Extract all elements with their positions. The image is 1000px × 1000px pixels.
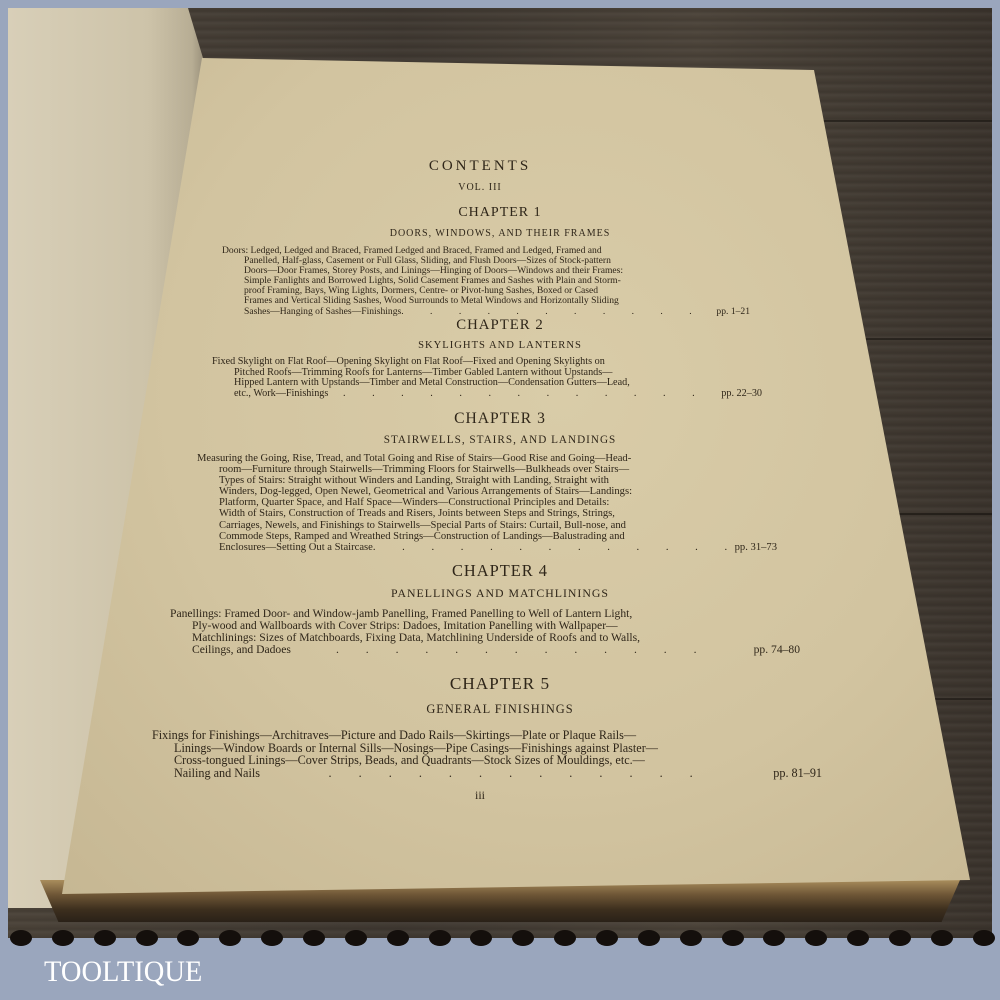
summary-line-text: Enclosures—Setting Out a Staircase [219,542,373,553]
leader-dots: . . . . . . . . . . . . . [373,542,735,553]
summary-line: Ceilings, and Dadoes. . . . . . . . . . … [170,644,800,656]
summary-line: Platform, Quarter Space, and Half Space—… [197,497,777,508]
leader-dots: . . . . . . . . . . . . . [328,389,721,400]
summary-line: Commode Steps, Ramped and Wreathed Strin… [197,531,777,542]
chapter-page-range: pp. 74–80 [754,644,800,656]
summary-line-text: Sashes—Hanging of Sashes—Finishings [244,307,401,317]
perforation-hole [596,930,618,946]
film-perforations [10,930,995,950]
perforation-hole [805,930,827,946]
perforation-hole [931,930,953,946]
perforation-hole [470,930,492,946]
summary-line: Sashes—Hanging of Sashes—Finishings. . .… [222,307,750,317]
chapter-title: PANELLINGS AND MATCHLININGS [0,586,1000,601]
summary-line: Types of Stairs: Straight without Winder… [197,475,777,486]
perforation-hole [973,930,995,946]
chapter-label: CHAPTER 2 [0,317,1000,334]
page-text: CONTENTS VOL. III CHAPTER 1DOORS, WINDOW… [0,0,1000,1000]
volume-label: VOL. III [430,182,530,193]
perforation-hole [136,930,158,946]
perforation-hole [10,930,32,946]
summary-line: room—Furniture through Stairwells—Trimmi… [197,464,777,475]
contents-heading: CONTENTS [380,158,580,175]
summary-line-text: Nailing and Nails [174,767,260,780]
chapter-page-range: pp. 22–30 [721,389,762,400]
chapter-page-range: pp. 31–73 [735,542,777,553]
chapter-label: CHAPTER 4 [0,561,1000,581]
summary-line-text: Ceilings, and Dadoes [192,644,291,656]
brand-watermark: TOOLTIQUE [44,955,202,989]
perforation-hole [889,930,911,946]
summary-line: Measuring the Going, Rise, Tread, and To… [197,453,777,464]
perforation-hole [261,930,283,946]
chapter-page-range: pp. 1–21 [716,307,750,317]
perforation-hole [303,930,325,946]
chapter-label: CHAPTER 1 [0,205,1000,221]
summary-line-text: etc., Work—Finishings [234,389,328,400]
perforation-hole [722,930,744,946]
summary-line: etc., Work—Finishings. . . . . . . . . .… [212,389,762,400]
perforation-hole [387,930,409,946]
chapter-label: CHAPTER 3 [0,410,1000,428]
perforation-hole [847,930,869,946]
chapter-title: SKYLIGHTS AND LANTERNS [0,340,1000,351]
perforation-hole [638,930,660,946]
summary-line: Fixings for Finishings—Architraves—Pictu… [152,729,822,742]
chapter-summary: Measuring the Going, Rise, Tread, and To… [197,453,777,553]
summary-line: Width of Stairs, Construction of Treads … [197,508,777,519]
summary-line: Nailing and Nails. . . . . . . . . . . .… [152,767,822,780]
chapter-summary: Panellings: Framed Door- and Window-jamb… [170,608,800,656]
chapter-page-range: pp. 81–91 [773,767,822,780]
chapter-title: STAIRWELLS, STAIRS, AND LANDINGS [0,434,1000,446]
perforation-hole [429,930,451,946]
summary-line: Enclosures—Setting Out a Staircase. . . … [197,542,777,553]
chapter-summary: Doors: Ledged, Ledged and Braced, Framed… [222,246,750,317]
chapter-title: GENERAL FINISHINGS [0,702,1000,717]
chapter-summary: Fixed Skylight on Flat Roof—Opening Skyl… [212,357,762,400]
chapter-label: CHAPTER 5 [0,674,1000,694]
perforation-hole [763,930,785,946]
perforation-hole [52,930,74,946]
perforation-hole [345,930,367,946]
leader-dots: . . . . . . . . . . . . . [291,644,754,656]
perforation-hole [680,930,702,946]
perforation-hole [177,930,199,946]
chapter-summary: Fixings for Finishings—Architraves—Pictu… [152,729,822,780]
chapter-title: DOORS, WINDOWS, AND THEIR FRAMES [0,228,1000,239]
summary-line: Carriages, Newels, and Finishings to Sta… [197,520,777,531]
leader-dots: . . . . . . . . . . . . . [401,307,716,317]
perforation-hole [94,930,116,946]
page-number: iii [460,788,500,803]
perforation-hole [554,930,576,946]
perforation-hole [219,930,241,946]
leader-dots: . . . . . . . . . . . . . [260,767,773,780]
summary-line: Winders, Dog-legged, Open Newel, Geometr… [197,486,777,497]
perforation-hole [512,930,534,946]
